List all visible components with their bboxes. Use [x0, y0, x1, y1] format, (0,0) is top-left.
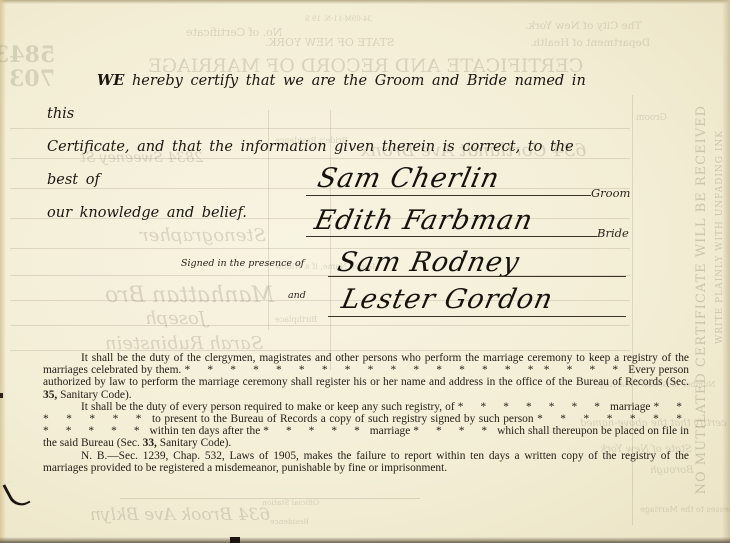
ghost-handwriting: Manhattan Bro — [105, 283, 274, 308]
paper-edge-left — [0, 0, 6, 543]
legal-paragraph-2: It shall be the duty of every person req… — [43, 401, 689, 450]
bride-signature: Edith Farbman — [312, 205, 536, 236]
ghost-vertical-notice-2: WRITE PLAINLY WITH UNFADING INK — [715, 130, 725, 344]
ink-mark — [0, 393, 3, 398]
ghost-rule — [10, 325, 630, 326]
marriage-certificate-page: No. of Certificate 5843 703 34-09M-11-N.… — [0, 0, 730, 543]
legal-notice: It shall be the duty of the clergymen, m… — [43, 352, 689, 474]
ghost-handwriting: Sarah Rubinstein — [105, 333, 263, 354]
bride-signature-line — [306, 236, 597, 237]
legal-paragraph-1: It shall be the duty of the clergymen, m… — [43, 352, 689, 401]
ghost-header-dept: Department of Health. — [530, 37, 650, 49]
bride-label: Bride — [597, 226, 629, 240]
legal-paragraph-3: N. B.—Sec. 1239, Chap. 532, Laws of 1905… — [43, 450, 689, 474]
paper-edge-top — [0, 0, 730, 4]
ghost-form-code: 34-09M-11-N. 19 S — [305, 15, 372, 23]
witness-1-signature: Sam Rodney — [335, 247, 523, 278]
witness-2-signature: Lester Gordon — [339, 284, 556, 315]
ink-mark — [2, 478, 30, 511]
ghost-handwriting: Joseph — [145, 308, 206, 329]
paper-edge-bottom — [0, 537, 730, 543]
ghost-handwriting: 634 Brook Ave Bklyn — [90, 505, 270, 525]
ghost-label-residence: Residence — [270, 517, 309, 526]
groom-label: Groom — [591, 186, 630, 200]
witness-and-label: and — [288, 290, 306, 301]
ghost-label-official-station: Official Station — [262, 498, 319, 507]
ink-mark — [230, 537, 240, 543]
witness-presence-label: Signed in the presence of — [181, 258, 304, 269]
groom-signature-line — [306, 195, 591, 196]
ghost-label-birthplace: Birthplace — [275, 315, 317, 324]
ghost-witness-label: Witnesses to the Marriage — [640, 505, 730, 514]
ghost-rule — [120, 498, 420, 499]
ghost-label-groom: Groom — [636, 113, 667, 123]
ghost-header-state: STATE OF NEW YORK. — [265, 36, 394, 49]
ghost-rule — [10, 350, 630, 351]
certification-line-1: WE hereby certify that we are the Groom … — [47, 64, 607, 131]
witness-1-line — [328, 276, 626, 277]
ghost-vertical-notice: NO MUTILATED CERTIFICATE WILL BE RECEIVE… — [694, 105, 709, 494]
ghost-header-city: The City of New York. — [525, 20, 642, 32]
groom-signature: Sam Cherlin — [315, 163, 503, 194]
witness-2-line — [328, 316, 626, 317]
ghost-rule — [10, 248, 630, 249]
ghost-cert-no-label: No. of Certificate — [186, 26, 282, 39]
certification-lead: WE — [97, 72, 124, 89]
